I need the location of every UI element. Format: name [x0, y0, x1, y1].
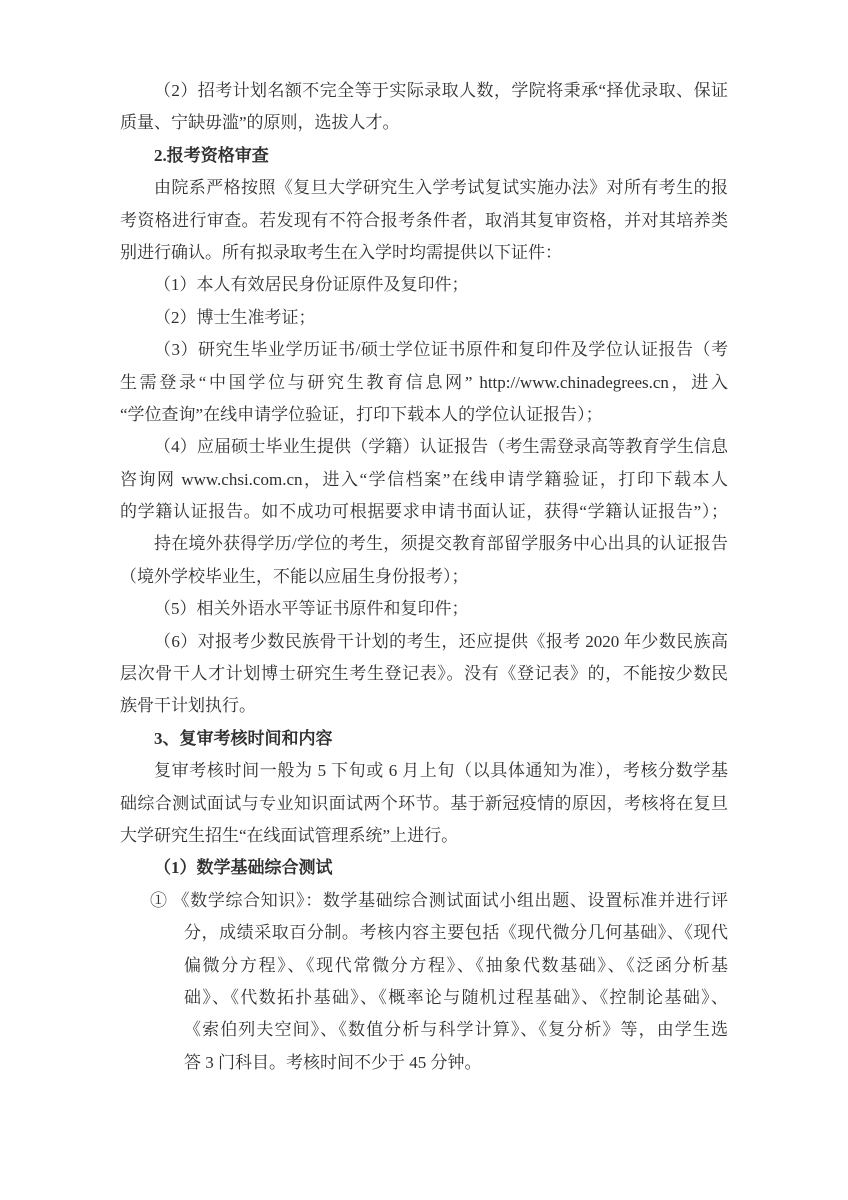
doc-line: “学位查询”在线申请学位验证，打印下载本人的学位认证报告）； [120, 399, 728, 431]
list-item-line: 础》、《代数拓扑基础》、《概率论与随机过程基础》、《控制论基础》、 [120, 982, 728, 1014]
list-item-line: 《索伯列夫空间》、《数值分析与科学计算》、《复分析》等，由学生选 [120, 1014, 728, 1046]
doc-line: （境外学校毕业生，不能以应届生身份报考）； [120, 561, 728, 593]
doc-line: 咨询网 www.chsi.com.cn，进入“学信档案”在线申请学籍验证，打印下… [120, 464, 728, 496]
doc-line: 族骨干计划执行。 [120, 690, 728, 722]
doc-line: （5）相关外语水平等证书原件和复印件； [120, 593, 728, 625]
doc-line: 大学研究生招生“在线面试管理系统”上进行。 [120, 820, 728, 852]
doc-line: （4）应届硕士毕业生提供（学籍）认证报告（考生需登录高等教育学生信息 [120, 431, 728, 463]
doc-line: （6）对报考少数民族骨干计划的考生，还应提供《报考 2020 年少数民族高 [120, 626, 728, 658]
doc-line: 考资格进行审查。若发现有不符合报考条件者，取消其复审资格，并对其培养类 [120, 205, 728, 237]
heading-math-basic-comprehensive-test: （1）数学基础综合测试 [120, 852, 728, 884]
list-item-line: 偏微分方程》、《现代常微分方程》、《抽象代数基础》、《泛函分析基 [120, 950, 728, 982]
list-item-line: 分，成绩采取百分制。考核内容主要包括《现代微分几何基础》、《现代 [120, 917, 728, 949]
doc-line: （3）研究生毕业学历证书/硕士学位证书原件和复印件及学位认证报告（考 [120, 334, 728, 366]
doc-line: 础综合测试面试与专业知识面试两个环节。基于新冠疫情的原因，考核将在复旦 [120, 788, 728, 820]
doc-line: 由院系严格按照《复旦大学研究生入学考试复试实施办法》对所有考生的报 [120, 172, 728, 204]
doc-line: 别进行确认。所有拟录取考生在入学时均需提供以下证件： [120, 237, 728, 269]
doc-line: 生需登录“中国学位与研究生教育信息网” http://www.chinadegr… [120, 367, 728, 399]
doc-line: 持在境外获得学历/学位的考生，须提交教育部留学服务中心出具的认证报告 [120, 528, 728, 560]
doc-line: 层次骨干人才计划博士研究生考生登记表》。没有《登记表》的，不能按少数民 [120, 658, 728, 690]
doc-line: （1）本人有效居民身份证原件及复印件； [120, 269, 728, 301]
document-page: （2）招考计划名额不完全等于实际录取人数，学院将秉承“择优录取、保证 质量、宁缺… [0, 0, 848, 1200]
heading-qualification-review: 2.报考资格审查 [120, 140, 728, 172]
doc-line: （2）博士生准考证； [120, 302, 728, 334]
doc-line: 复审考核时间一般为 5 下旬或 6 月上旬（以具体通知为准），考核分数学基 [120, 755, 728, 787]
list-item-line: ① 《数学综合知识》：数学基础综合测试面试小组出题、设置标准并进行评 [120, 885, 728, 917]
doc-line: （2）招考计划名额不完全等于实际录取人数，学院将秉承“择优录取、保证 [120, 75, 728, 107]
list-item-line: 答 3 门科目。考核时间不少于 45 分钟。 [120, 1047, 728, 1079]
doc-line: 的学籍认证报告。如不成功可根据要求申请书面认证，获得“学籍认证报告”）； [120, 496, 728, 528]
doc-line: 质量、宁缺毋滥”的原则，选拔人才。 [120, 107, 728, 139]
heading-review-time-and-content: 3、复审考核时间和内容 [120, 723, 728, 755]
